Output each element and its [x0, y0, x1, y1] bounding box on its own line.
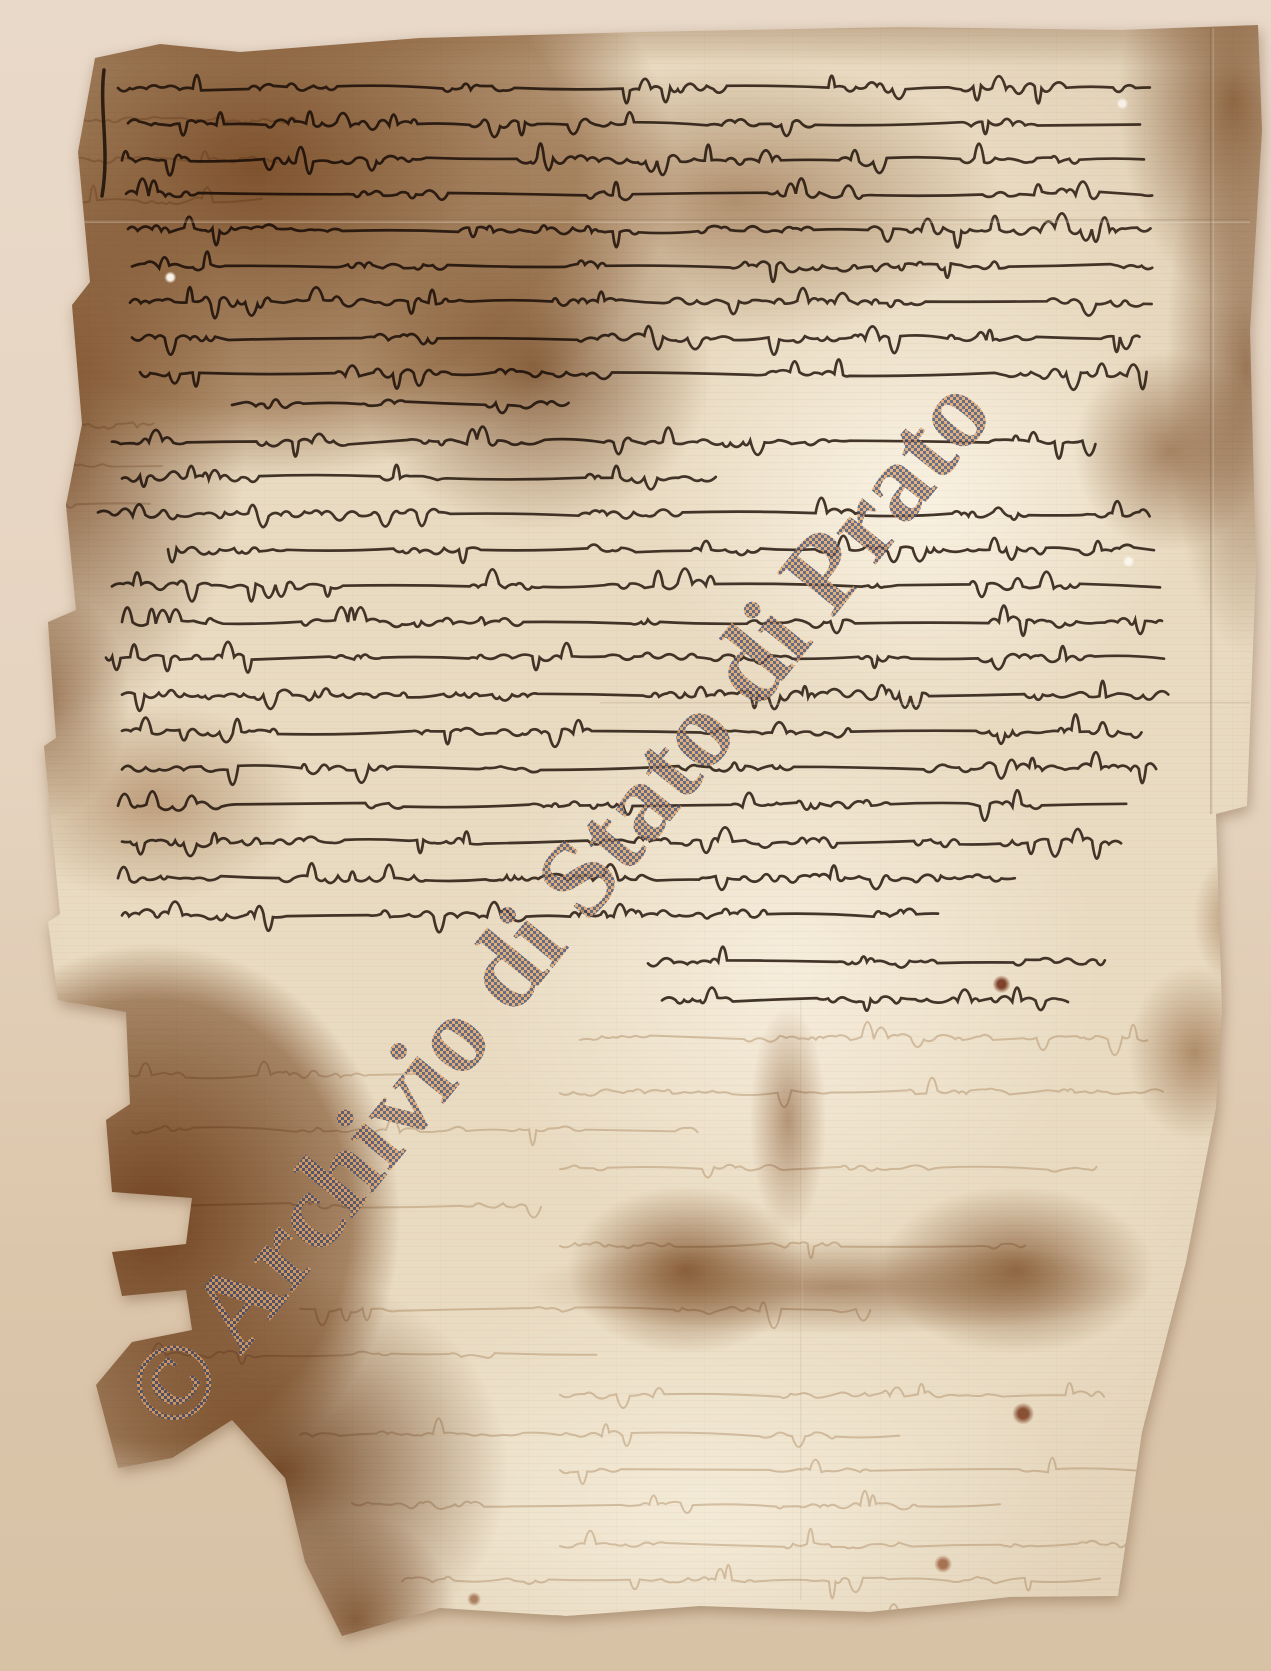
edge-vignette [0, 0, 1271, 1671]
torn-paper-sheet [0, 0, 1271, 1671]
manuscript-scan: © Archivio di Stato di Prato [0, 0, 1271, 1671]
manuscript-paper [0, 0, 1271, 1671]
